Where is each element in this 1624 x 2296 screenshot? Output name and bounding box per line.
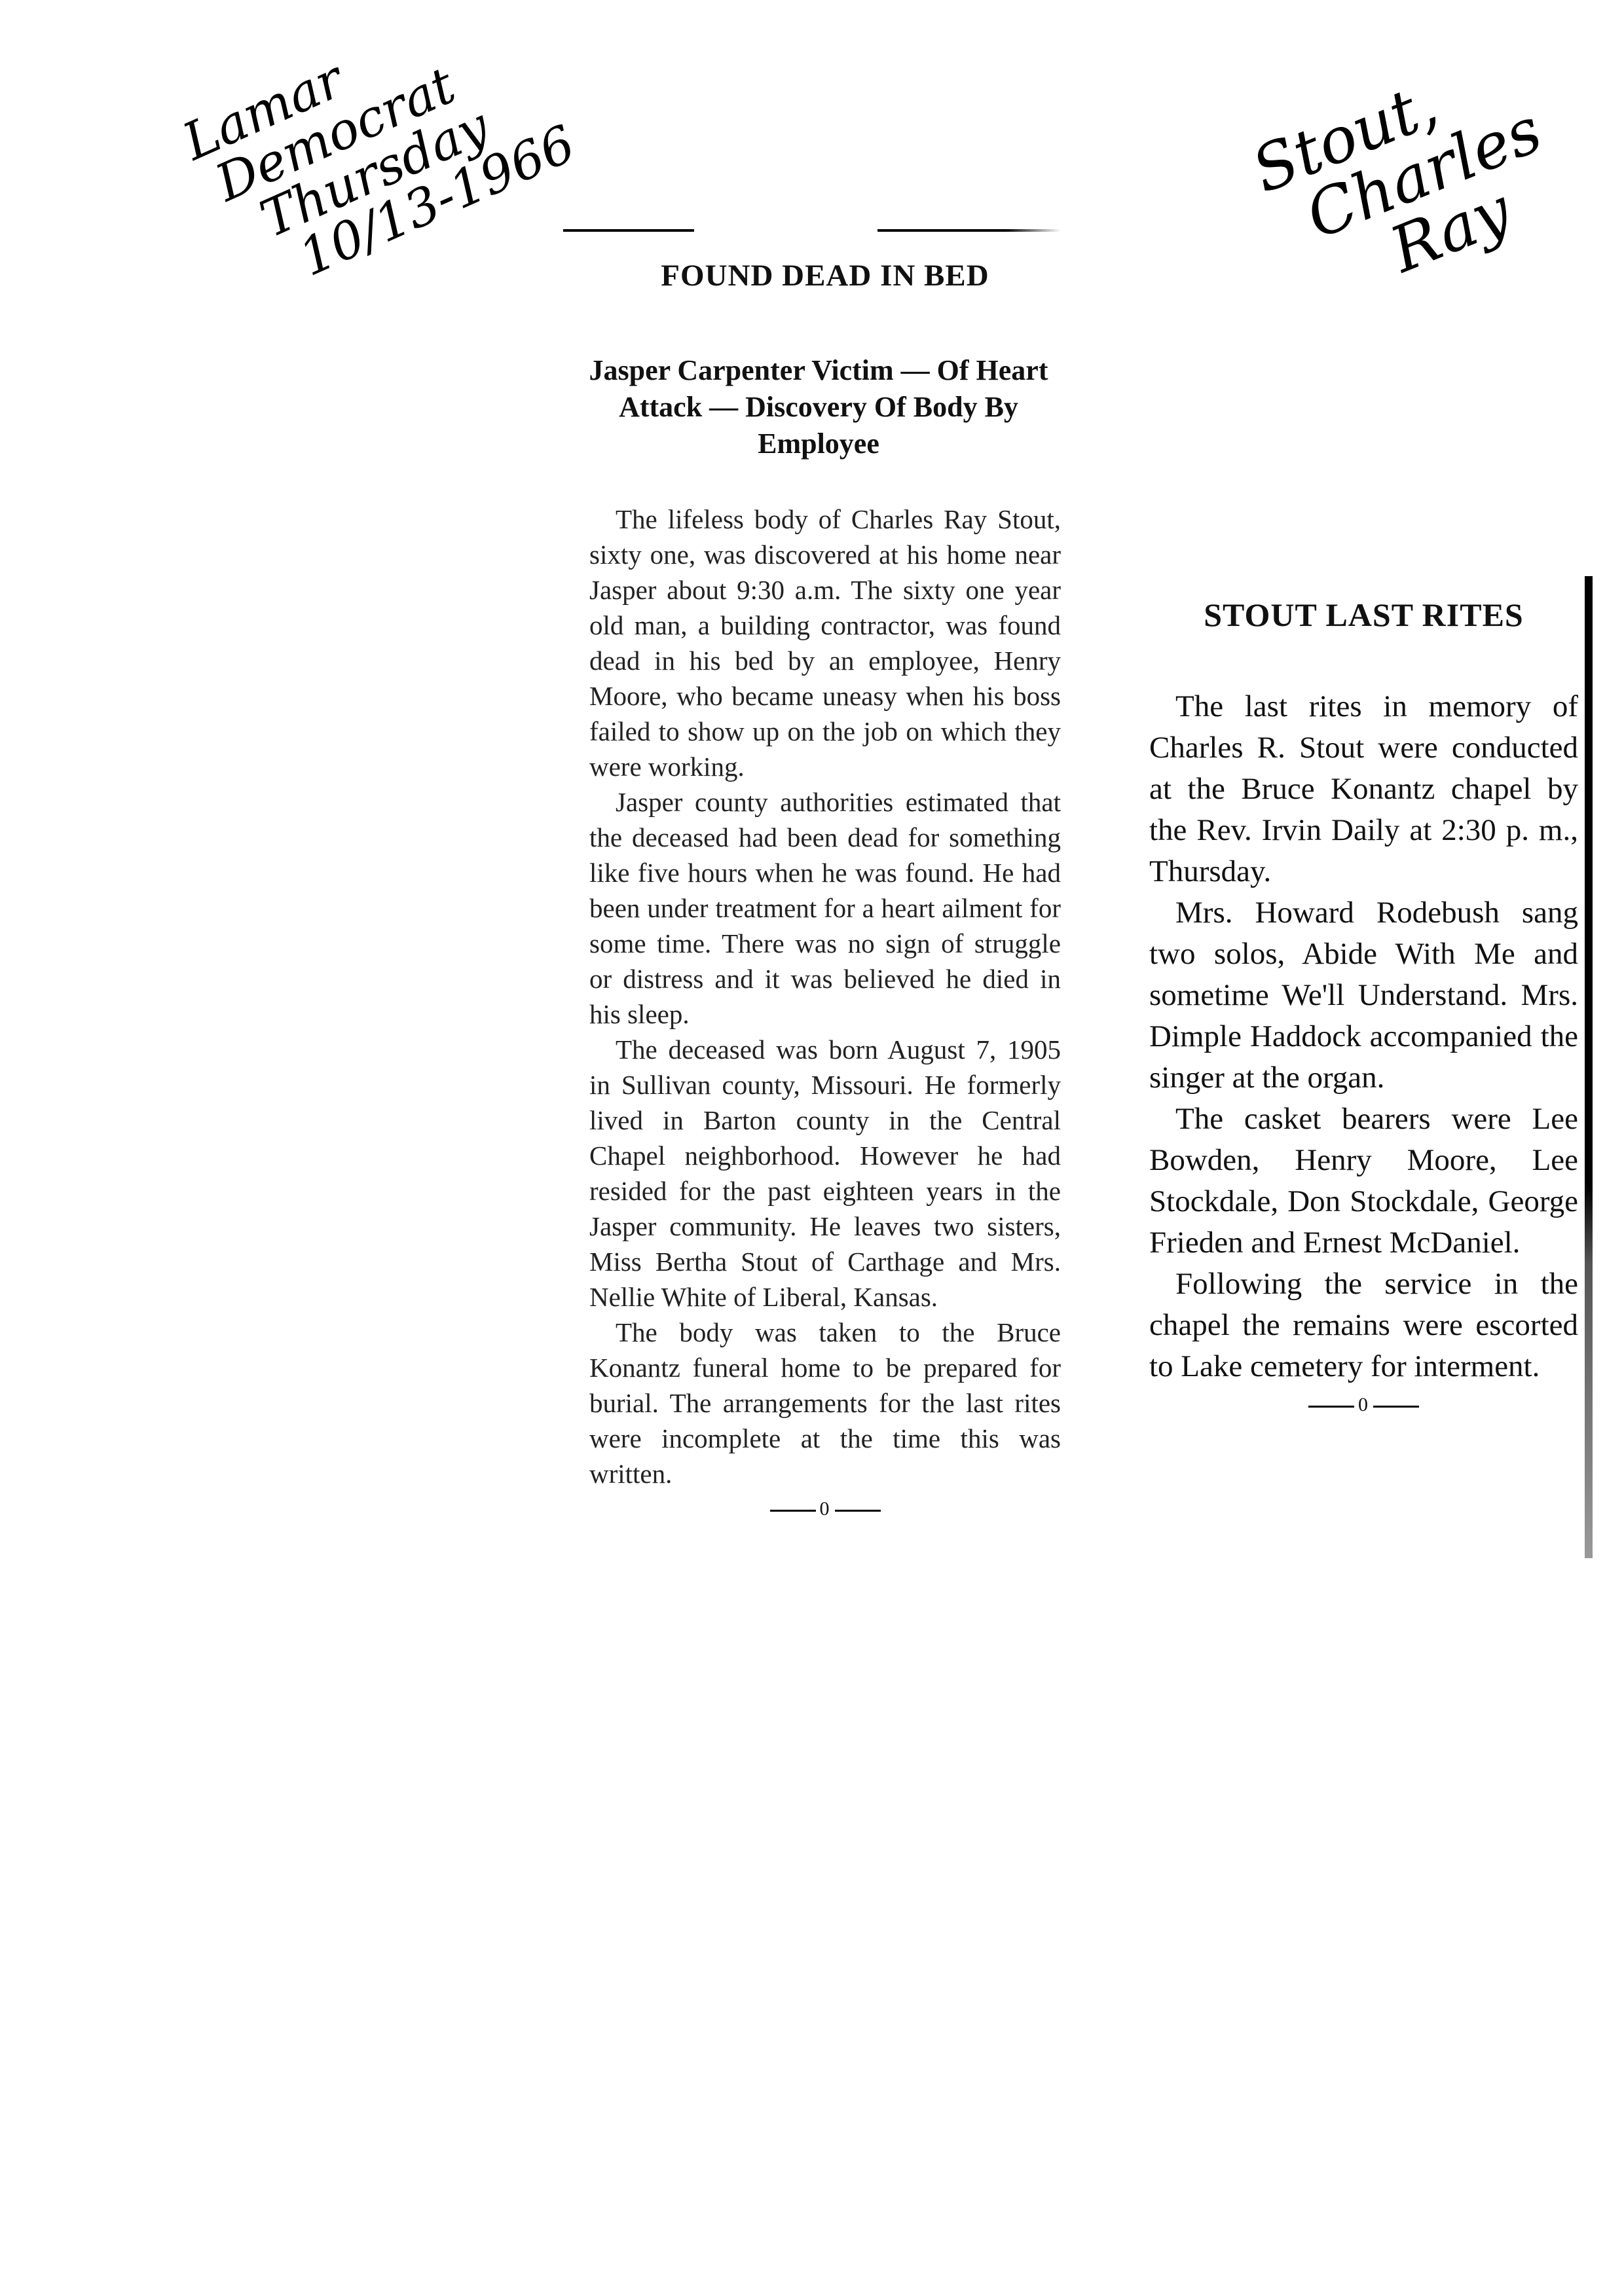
- handwritten-source-note: Lamar Democrat Thursday 10/13-1966: [170, 0, 582, 311]
- paragraph: The lifeless body of Charles Ray Stout, …: [589, 501, 1061, 784]
- paragraph: The casket bearers were Lee Bowden, Henr…: [1149, 1099, 1578, 1264]
- article-body: The last rites in memory of Charles R. S…: [1149, 686, 1578, 1387]
- article-headline: FOUND DEAD IN BED: [589, 258, 1061, 293]
- paragraph: Following the service in the chapel the …: [1149, 1264, 1578, 1387]
- article-last-rites: STOUT LAST RITES The last rites in memor…: [1149, 576, 1578, 1416]
- top-rule: [589, 229, 1061, 232]
- paragraph: The deceased was born August 7, 1905 in …: [589, 1032, 1061, 1315]
- article-body: The lifeless body of Charles Ray Stout, …: [589, 501, 1061, 1491]
- paragraph: The body was taken to the Bruce Konantz …: [589, 1315, 1061, 1491]
- paragraph: Mrs. Howard Rodebush sang two solos, Abi…: [1149, 892, 1578, 1099]
- article-found-dead: FOUND DEAD IN BED Jasper Carpenter Victi…: [589, 229, 1061, 1520]
- paragraph: Jasper county authorities estimated that…: [589, 784, 1061, 1032]
- end-mark: 0: [589, 1498, 1061, 1520]
- paragraph: The last rites in memory of Charles R. S…: [1149, 686, 1578, 892]
- handwritten-name-note: Stout, Charles Ray: [1244, 40, 1573, 319]
- article-subhead: Jasper Carpenter Victim — Of Heart Attac…: [576, 352, 1061, 462]
- article-headline: STOUT LAST RITES: [1149, 596, 1578, 634]
- end-mark: 0: [1149, 1394, 1578, 1416]
- column-rule: [1585, 576, 1593, 1558]
